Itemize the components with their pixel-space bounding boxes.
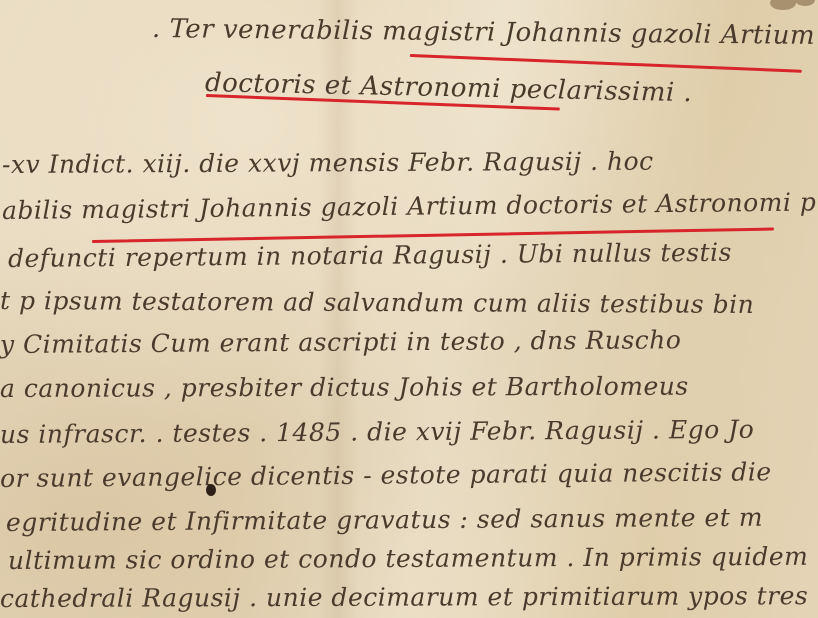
manuscript-line-7: y Cimitatis Cum erant ascripti in testo … [0, 325, 682, 359]
manuscript-line-8: a canonicus , presbiter dictus Johis et … [0, 372, 689, 403]
ink-stain [770, 0, 796, 10]
manuscript-line-11: egritudine et Infirmitate gravatus : sed… [6, 503, 763, 537]
manuscript-line-1: . Ter venerabilis magistri Johannis gazo… [152, 14, 815, 51]
manuscript-line-4: abilis magistri Johannis gazoli Artium d… [2, 187, 817, 225]
manuscript-line-6: t p ipsum testatorem ad salvandum cum al… [0, 286, 754, 319]
red-underline-1 [410, 54, 802, 73]
ink-stain [795, 0, 815, 6]
manuscript-line-5: defuncti repertum in notaria Ragusij . U… [8, 238, 732, 273]
manuscript-line-2: doctoris et Astronomi peclarissimi . [205, 68, 693, 108]
manuscript-line-10: or sunt evangelice dicentis - estote par… [0, 457, 772, 493]
ink-blot [206, 484, 216, 496]
manuscript-line-13: cathedrali Ragusij . unie decimarum et p… [0, 581, 808, 613]
manuscript-line-12: ultimum sic ordino et condo testamentum … [8, 542, 808, 575]
manuscript-page: . Ter venerabilis magistri Johannis gazo… [0, 0, 818, 618]
manuscript-line-3: -xv Indict. xiij. die xxvj mensis Febr. … [2, 147, 654, 179]
manuscript-line-9: us infrascr. . testes . 1485 . die xvij … [0, 415, 754, 449]
